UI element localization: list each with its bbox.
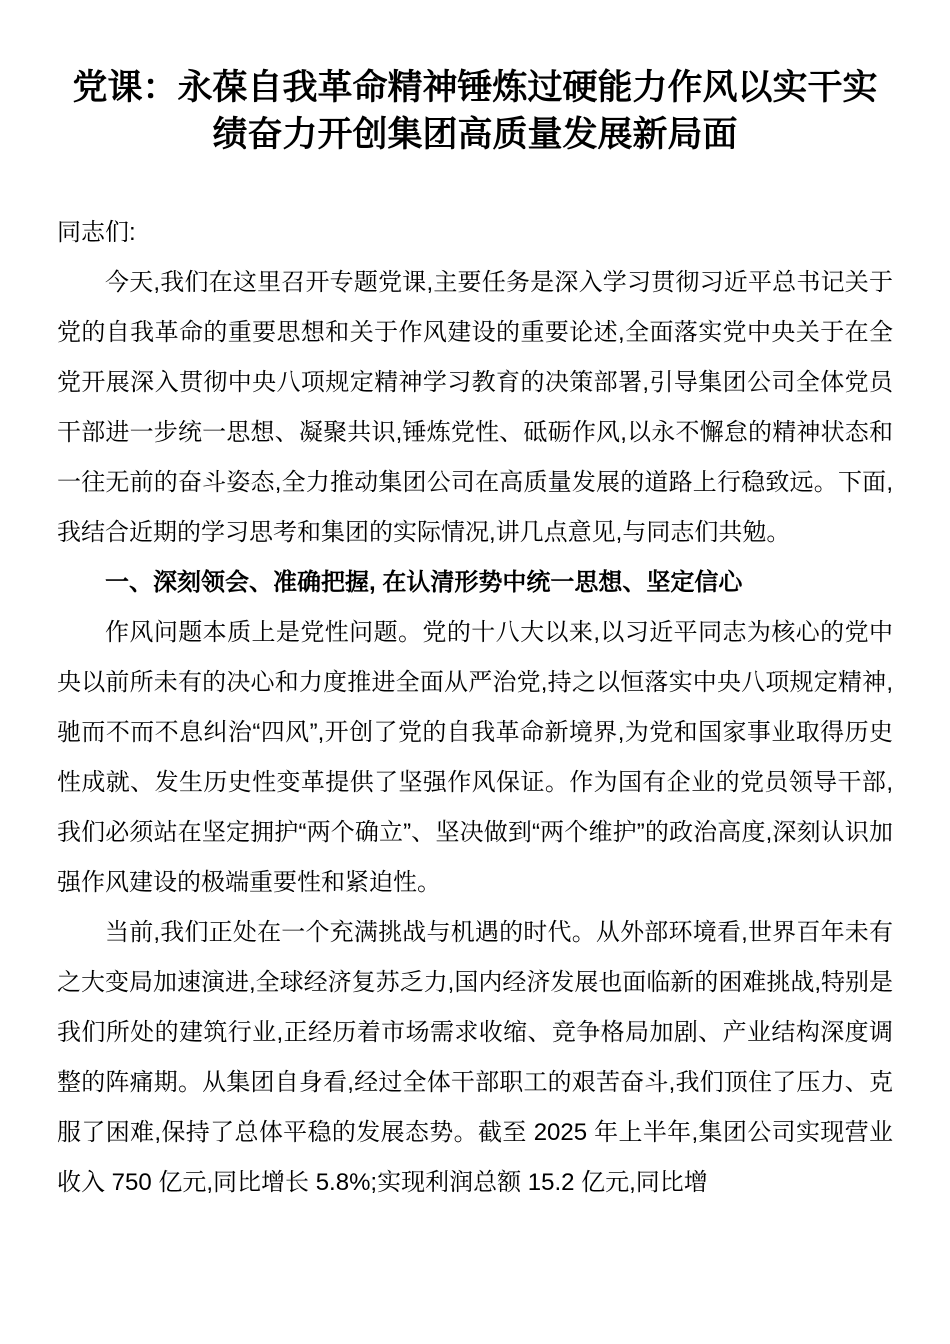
- document-page: 党课：永葆自我革命精神锤炼过硬能力作风以实干实绩奋力开创集团高质量发展新局面 同…: [0, 0, 950, 1344]
- salutation: 同志们:: [57, 208, 893, 258]
- section-heading-1: 一、深刻领会、准确把握, 在认清形势中统一思想、坚定信心: [57, 558, 893, 608]
- paragraph-intro: 今天,我们在这里召开专题党课,主要任务是深入学习贯彻习近平总书记关于党的自我革命…: [57, 258, 893, 558]
- paragraph-current-situation: 当前,我们正处在一个充满挑战与机遇的时代。从外部环境看,世界百年未有之大变局加速…: [57, 908, 893, 1208]
- paragraph-section1-body: 作风问题本质上是党性问题。党的十八大以来,以习近平同志为核心的党中央以前所未有的…: [57, 608, 893, 908]
- document-title: 党课：永葆自我革命精神锤炼过硬能力作风以实干实绩奋力开创集团高质量发展新局面: [57, 64, 893, 158]
